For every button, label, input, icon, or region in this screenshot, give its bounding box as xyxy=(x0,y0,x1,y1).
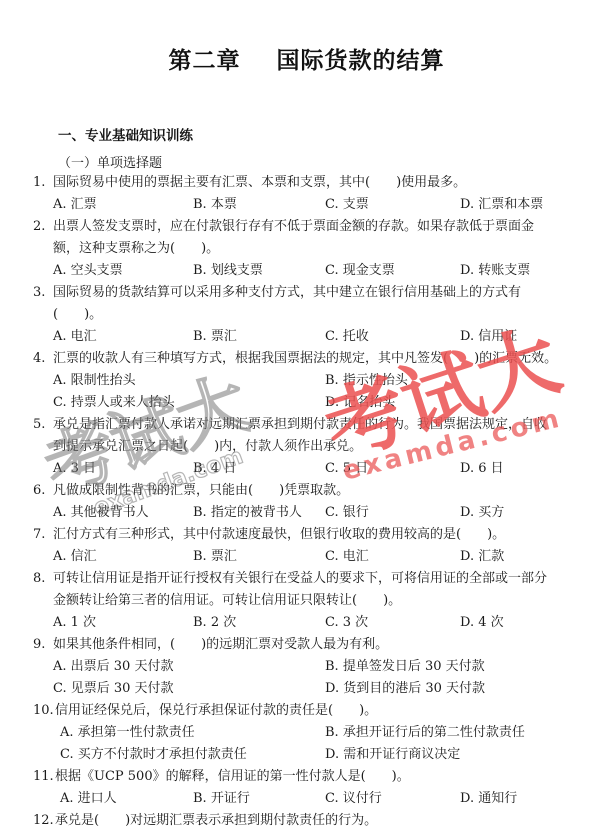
option: C. 5 日 xyxy=(325,460,368,478)
option: B. 划线支票 xyxy=(193,262,263,280)
option: A. 其他被背书人 xyxy=(53,504,149,522)
option: C. 托收 xyxy=(325,328,369,346)
option: A. 承担第一性付款责任 xyxy=(60,724,195,742)
option: A. 汇票 xyxy=(53,196,97,214)
option: B. 提单签发日后 30 天付款 xyxy=(325,658,485,676)
option: D. 汇款 xyxy=(460,548,504,566)
option: D. 货到目的港后 30 天付款 xyxy=(325,680,485,698)
option: B. 票汇 xyxy=(193,548,237,566)
option: B. 承担开证行后的第二性付款责任 xyxy=(325,724,525,742)
option: A. 限制性抬头 xyxy=(53,372,136,390)
subsection-heading: （一）单项选择题 xyxy=(58,152,162,171)
option: A. 3 日 xyxy=(53,460,96,478)
option: D. 转账支票 xyxy=(460,262,530,280)
option: D. 4 次 xyxy=(460,614,504,632)
option: A. 空头支票 xyxy=(53,262,123,280)
question-11: 11.根据《UCP 500》的解释，信用证的第一性付款人是( )。 xyxy=(33,768,410,786)
option: C. 3 次 xyxy=(325,614,368,632)
option: B. 票汇 xyxy=(193,328,237,346)
option: B. 指示性抬头 xyxy=(325,372,408,390)
option: C. 议付行 xyxy=(325,790,382,808)
question-2-cont: 额，这种支票称之为( )。 xyxy=(53,240,219,258)
question-1: 1.国际贸易中使用的票据主要有汇票、本票和支票，其中( )使用最多。 xyxy=(33,174,466,192)
question-10: 10.信用证经保兑后，保兑行承担保证付款的责任是( )。 xyxy=(33,702,377,720)
option: C. 银行 xyxy=(325,504,369,522)
question-2: 2.出票人签发支票时，应在付款银行存有不低于票面金额的存款。如果存款低于票面金 xyxy=(33,218,534,236)
option: D. 汇票和本票 xyxy=(460,196,543,214)
question-3: 3.国际贸易的货款结算可以采用多种支付方式，其中建立在银行信用基础上的方式有 xyxy=(33,284,521,302)
option: C. 买方不付款时才承担付款责任 xyxy=(60,746,247,764)
option: C. 见票后 30 天付款 xyxy=(53,680,174,698)
option: C. 持票人或来人抬头 xyxy=(53,394,175,412)
option: A. 信汇 xyxy=(53,548,97,566)
option: D. 买方 xyxy=(460,504,504,522)
question-7: 7.汇付方式有三种形式，其中付款速度最快，但银行收取的费用较高的是( )。 xyxy=(33,526,505,544)
section-heading: 一、专业基础知识训练 xyxy=(58,124,193,144)
question-3-cont: ( )。 xyxy=(53,306,102,324)
option: C. 电汇 xyxy=(325,548,369,566)
option: A. 进口人 xyxy=(60,790,117,808)
question-8: 8.可转让信用证是指开证行授权有关银行在受益人的要求下，可将信用证的全部或一部分 xyxy=(33,570,547,588)
option: A. 电汇 xyxy=(53,328,97,346)
option: D. 通知行 xyxy=(460,790,517,808)
option: B. 本票 xyxy=(193,196,237,214)
option: C. 支票 xyxy=(325,196,369,214)
question-6: 6.凡做成限制性背书的汇票，只能由( )凭票取款。 xyxy=(33,482,349,500)
chapter-number: 第二章 xyxy=(169,48,241,74)
question-8-cont: 金额转让给第三者的信用证。可转让信用证只限转让( )。 xyxy=(53,592,401,610)
option: D. 需和开证行商议决定 xyxy=(325,746,460,764)
question-9: 9.如果其他条件相同，( )的远期汇票对受款人最为有利。 xyxy=(33,636,388,654)
option: D. 记名抬头 xyxy=(325,394,395,412)
option: B. 2 次 xyxy=(193,614,236,632)
option: A. 出票后 30 天付款 xyxy=(53,658,173,676)
option: D. 6 日 xyxy=(460,460,504,478)
option: B. 指定的被背书人 xyxy=(193,504,302,522)
chapter-title: 第二章国际货款的结算 xyxy=(0,42,613,75)
option: B. 开证行 xyxy=(193,790,250,808)
question-4: 4.汇票的收款人有三种填写方式，根据我国票据法的规定，其中凡签发( )的汇票无效… xyxy=(33,350,557,368)
document-page: 第二章国际货款的结算 一、专业基础知识训练 （一）单项选择题 1.国际贸易中使用… xyxy=(0,0,613,827)
question-5-cont: 到提示承兑汇票之日起( )内，付款人须作出承兑。 xyxy=(53,438,362,456)
question-5: 5.承兑是指汇票付款人承诺对远期汇票承担到期付款责任的行为。我国票据法规定，自收 xyxy=(33,416,547,434)
question-12: 12.承兑是( )对远期汇票表示承担到期付款责任的行为。 xyxy=(33,812,377,827)
option: D. 信用证 xyxy=(460,328,517,346)
chapter-name: 国际货款的结算 xyxy=(277,48,445,74)
option: C. 现金支票 xyxy=(325,262,395,280)
option: A. 1 次 xyxy=(53,614,96,632)
option: B. 4 日 xyxy=(193,460,236,478)
